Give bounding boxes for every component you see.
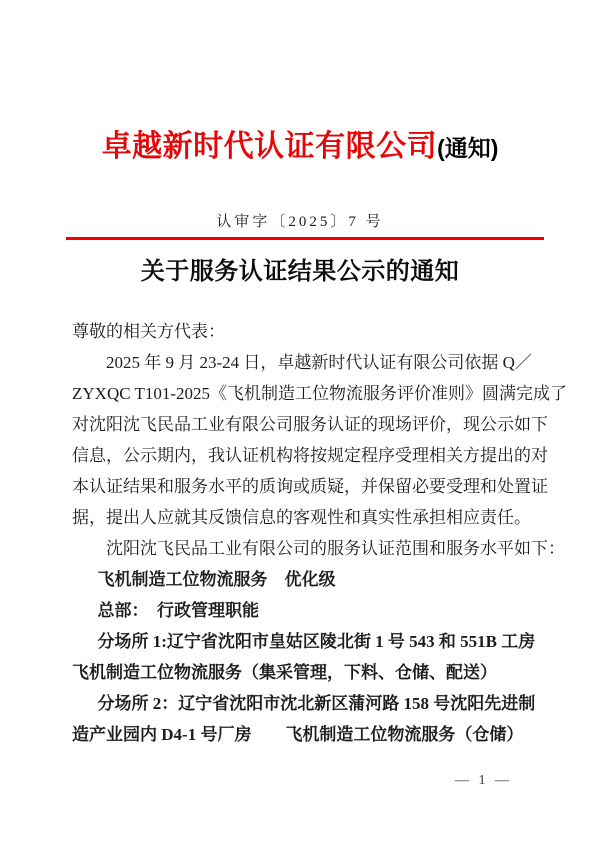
body-line: 对沈阳沈飞民品工业有限公司服务认证的现场评价，现公示如下 — [72, 409, 534, 440]
body-line: 2025 年 9 月 23-24 日，卓越新时代认证有限公司依据 Q／ — [72, 347, 534, 378]
notice-title: 卓越新时代认证有限公司(通知) — [0, 129, 600, 170]
body-line: 信息，公示期内，我认证机构将按规定程序受理相关方提出的对 — [72, 440, 534, 471]
notice-body: 尊敬的相关方代表： 2025 年 9 月 23-24 日，卓越新时代认证有限公司… — [72, 316, 534, 750]
notice-document-page: 卓越新时代认证有限公司(通知) 认审字〔2025〕7 号 关于服务认证结果公示的… — [0, 0, 600, 848]
red-divider-rule — [66, 237, 544, 240]
branch-site-2-line: 分场所 2：辽宁省沈阳市沈北新区蒲河路 158 号沈阳先进制 — [72, 688, 534, 719]
certification-scope-line: 飞机制造工位物流服务 优化级 — [72, 564, 534, 595]
branch-site-2-continuation-line: 造产业园内 D4-1 号厂房 飞机制造工位物流服务（仓储） — [72, 719, 534, 750]
salutation-line: 尊敬的相关方代表： — [72, 316, 534, 347]
body-line: 本认证结果和服务水平的质询或质疑，并保留必要受理和处置证 — [72, 471, 534, 502]
body-line: ZYXQC T101-2025《飞机制造工位物流服务评价准则》圆满完成了 — [72, 378, 534, 409]
headquarters-line: 总部： 行政管理职能 — [72, 595, 534, 626]
title-suffix: (通知) — [437, 135, 498, 161]
document-number: 认审字〔2025〕7 号 — [0, 212, 600, 232]
branch-site-1-line: 分场所 1:辽宁省沈阳市皇姑区陵北街 1 号 543 和 551B 工房 — [72, 626, 534, 657]
body-line: 沈阳沈飞民品工业有限公司的服务认证范围和服务水平如下： — [72, 533, 534, 564]
page-number: — 1 — — [455, 771, 512, 791]
title-company-name: 卓越新时代认证有限公司 — [102, 130, 438, 163]
notice-heading: 关于服务认证结果公示的通知 — [0, 257, 600, 287]
body-line: 据，提出人应就其反馈信息的客观性和真实性承担相应责任。 — [72, 502, 534, 533]
branch-site-1-continuation-line: 飞机制造工位物流服务（集采管理，下料、仓储、配送） — [72, 657, 534, 688]
